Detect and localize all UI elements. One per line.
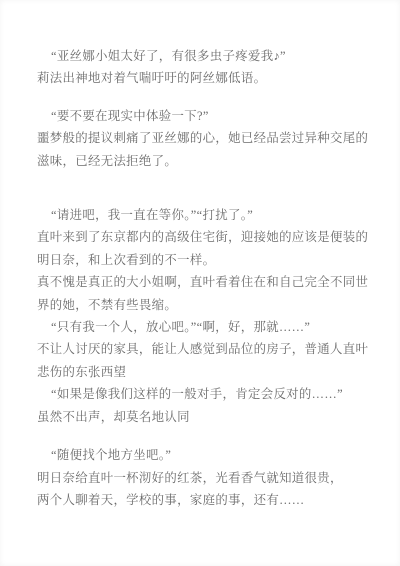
narration-line: 莉法出神地对着气喘吁吁的阿丝娜低语。 [37,67,374,89]
book-page: “亚丝娜小姐太好了，有很多虫子疼爱我♪”莉法出神地对着气喘吁吁的阿丝娜低语。“要… [0,0,400,566]
dialogue-line: “只有我一个人，放心吧。”“啊，好，那就……” [37,316,374,338]
paragraph-group: “亚丝娜小姐太好了，有很多虫子疼爱我♪”莉法出神地对着气喘吁吁的阿丝娜低语。 [37,45,374,90]
dialogue-line: “如果是像我们这样的一般对手，肯定会反对的……” [37,383,374,405]
narration-line: 真不愧是真正的大小姐啊，直叶看着住在和自己完全不同世 [37,271,374,293]
narration-line: 悲伤的东张西望 [37,361,374,383]
text-content: “亚丝娜小姐太好了，有很多虫子疼爱我♪”莉法出神地对着气喘吁吁的阿丝娜低语。“要… [37,45,374,511]
paragraph-group: “请进吧，我一直在等你。”“打扰了。”直叶来到了东京都内的高级住宅街，迎接她的应… [37,204,374,428]
narration-line: 两个人聊着天，学校的事，家庭的事，还有…… [37,489,374,511]
narration-line: 明日奈，和上次看到的不一样。 [37,249,374,271]
paragraph-group: “随便找个地方坐吧。”明日奈给直叶一杯沏好的红茶，光看香气就知道很贵，两个人聊着… [37,444,374,511]
narration-line: 虽然不出声，却莫名地认同 [37,406,374,428]
narration-line: 滋味，已经无法拒绝了。 [37,150,374,172]
narration-line: 明日奈给直叶一杯沏好的红茶，光看香气就知道很贵， [37,467,374,489]
narration-line: 不让人讨厌的家具，能让人感觉到品位的房子，普通人直叶 [37,338,374,360]
dialogue-line: “要不要在现实中体验一下?” [37,105,374,127]
narration-line: 界的她，不禁有些畏缩。 [37,294,374,316]
dialogue-line: “请进吧，我一直在等你。”“打扰了。” [37,204,374,226]
paragraph-group: “要不要在现实中体验一下?”噩梦般的提议刺痛了亚丝娜的心，她已经品尝过异种交尾的… [37,105,374,172]
narration-line: 直叶来到了东京都内的高级住宅街，迎接她的应该是便装的 [37,226,374,248]
narration-line: 噩梦般的提议刺痛了亚丝娜的心，她已经品尝过异种交尾的 [37,127,374,149]
dialogue-line: “亚丝娜小姐太好了，有很多虫子疼爱我♪” [37,45,374,67]
dialogue-line: “随便找个地方坐吧。” [37,444,374,466]
